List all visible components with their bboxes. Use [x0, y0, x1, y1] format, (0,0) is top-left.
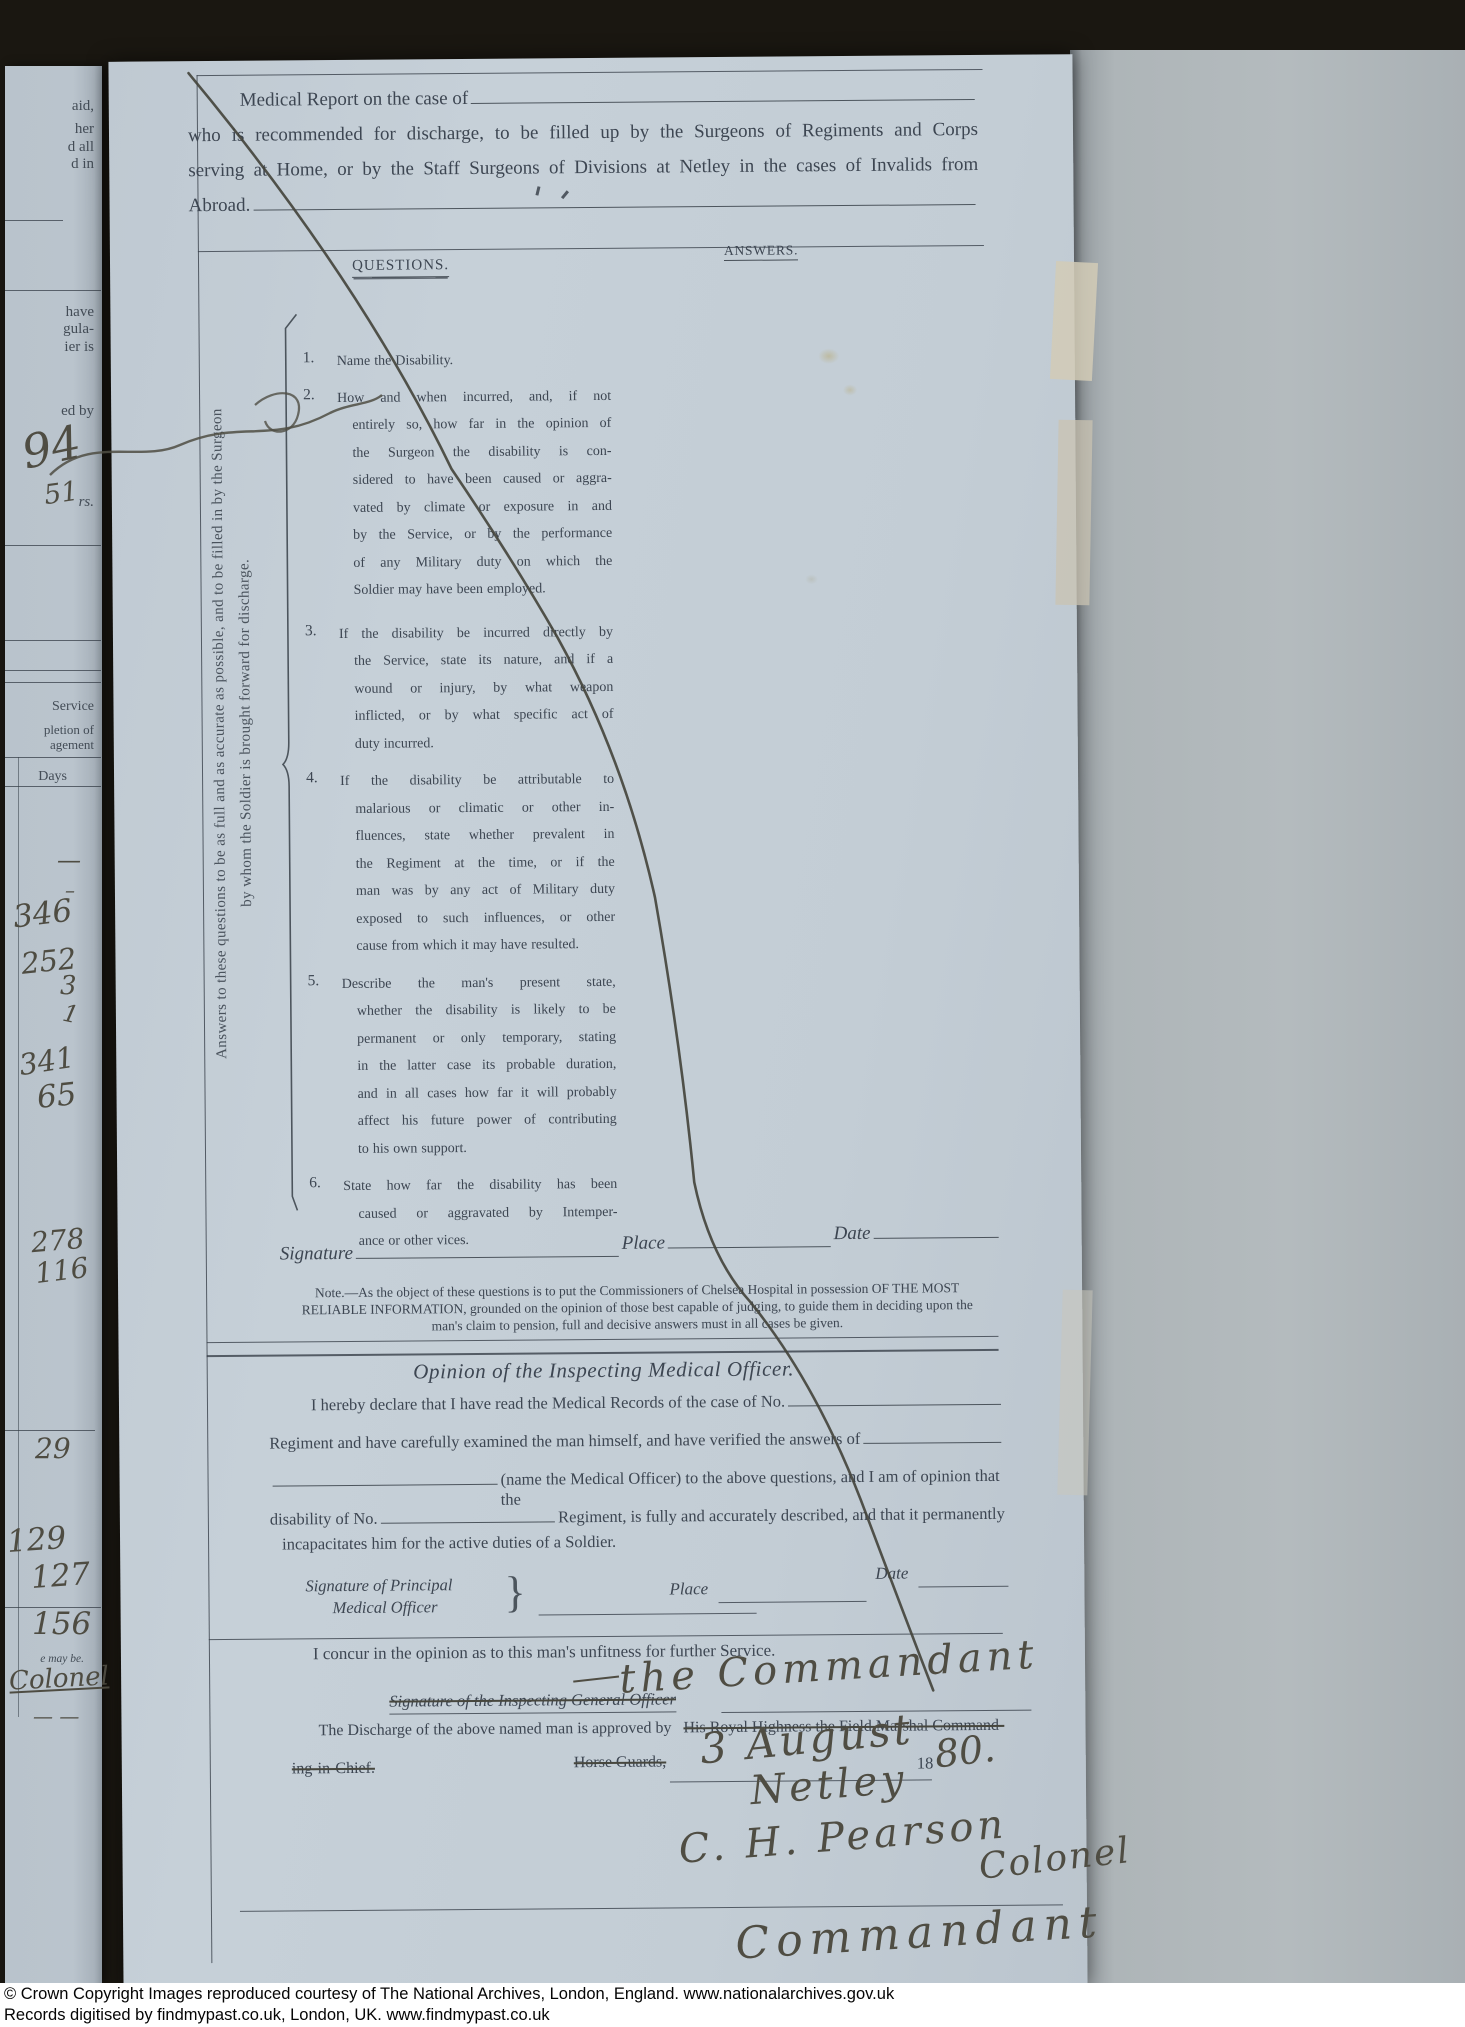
handwritten-value: 156 [32, 1606, 91, 1642]
case-number-blank [788, 1387, 1001, 1407]
place-blank [668, 1226, 831, 1248]
opinion-line: disability of No. Regiment, is fully and… [270, 1501, 1005, 1530]
left-page-rule [5, 290, 101, 291]
left-page-fragment: have [66, 304, 94, 321]
date-label: Date [834, 1223, 871, 1245]
question-number: 4. [306, 768, 342, 961]
question-number: 2. [303, 385, 339, 605]
left-page-rule [5, 220, 63, 221]
page-top-rule [197, 69, 983, 76]
handwritten-value: — — [33, 1704, 79, 1728]
opinion-line: I hereby declare that I have read the Me… [311, 1387, 1004, 1416]
handwritten-value: — [57, 846, 81, 874]
question-text: If the disability be attributable tomala… [340, 766, 616, 961]
questions-rule [198, 245, 984, 252]
principal-signature-blank [539, 1613, 757, 1616]
horse-guards-struck: Horse Guards, [574, 1753, 667, 1772]
handwritten-value: 127 [30, 1556, 92, 1596]
signature-blank [356, 1236, 619, 1259]
left-page-fragment: gula- [63, 321, 94, 338]
left-page-rule [5, 786, 101, 787]
principal-signature-label: Signature of Principal [305, 1575, 452, 1596]
opinion-line1-text: I hereby declare that I have read the Me… [311, 1392, 785, 1416]
handwritten-pearson-signature: C. H. Pearson [677, 1801, 1009, 1872]
answers-of-blank [863, 1425, 1001, 1444]
opinion-line4b-text: Regiment, is fully and accurately descri… [558, 1504, 1005, 1528]
handwritten-value: Colonel [8, 1661, 109, 1696]
handwritten-value: 29 [35, 1432, 71, 1465]
header-line: serving at Home, or by the Staff Surgeon… [188, 147, 978, 188]
question-text: How and when incurred, and, if notentire… [337, 382, 613, 604]
signature-label: Signature [280, 1243, 353, 1266]
place-blank [719, 1601, 867, 1603]
previous-page-edge: aid, her d all d in have gula- ier is ed… [5, 66, 102, 1985]
left-page-rule [5, 670, 101, 671]
left-page-fragment: pletion of [44, 722, 94, 738]
brace-glyph: } [504, 1567, 526, 1618]
copyright-line: © Crown Copyright Images reproduced cour… [4, 1984, 1465, 2005]
question-text: If the disability be incurred directly b… [339, 618, 614, 758]
tape-mark [1055, 420, 1092, 606]
question-text: Describe the man's present state,whether… [342, 968, 618, 1163]
form-header: Medical Report on the case of who is rec… [188, 77, 979, 223]
handwritten-value: 1 [60, 999, 81, 1030]
handwritten-value: 3 [60, 971, 77, 1001]
principal-signature-label: Medical Officer [333, 1597, 438, 1618]
left-page-rule [5, 682, 101, 683]
questions-column-header: QUESTIONS. [352, 257, 449, 278]
question-item: 3. If the disability be incurred directl… [305, 618, 618, 758]
questions-bracket [278, 312, 305, 1212]
header-line: Abroad. [188, 182, 978, 223]
header-line1-text: Medical Report on the case of [240, 81, 469, 118]
name-blank-line [471, 79, 975, 104]
question-text: Name the Disability. [337, 346, 611, 376]
answers-column-header: ANSWERS. [724, 242, 798, 261]
date-blank [873, 1217, 998, 1239]
opinion-line4a-text: disability of No. [270, 1509, 378, 1530]
scanned-document-view: aid, her d all d in have gula- ier is ed… [0, 0, 1465, 2027]
opinion-line2-text: Regiment and have carefully examined the… [269, 1429, 860, 1454]
copyright-line: Records digitised by findmypast.co.uk, L… [4, 2005, 1465, 2026]
handwritten-value: 346 [11, 893, 74, 936]
handwritten-value: 116 [33, 1251, 90, 1290]
tape-mark [1057, 1290, 1092, 1496]
handwritten-value: 129 [6, 1520, 68, 1560]
date-label: Date [875, 1564, 908, 1584]
discharge-struck-text: ing-in-Chief. [292, 1760, 375, 1779]
tape-mark [1050, 261, 1098, 381]
left-page-fragment: Days [38, 769, 67, 785]
note-paragraph: Note.—As the object of these questions i… [263, 1279, 1011, 1336]
question-item: 4. If the disability be attributable tom… [306, 766, 620, 961]
left-page-fragment: d all [68, 139, 94, 156]
copyright-banner: © Crown Copyright Images reproduced cour… [0, 1983, 1465, 2027]
discharge-text: The Discharge of the above named man is … [318, 1719, 671, 1739]
signature-row: Signature Place Date [280, 1233, 1002, 1266]
opinion-line: Regiment and have carefully examined the… [269, 1425, 1004, 1454]
left-page-fragment: rs. [79, 494, 94, 511]
place-label: Place [669, 1579, 708, 1599]
handwritten-year: 80. [932, 1726, 997, 1777]
side-note-rotated: by whom the Soldier is brought forward f… [234, 286, 258, 1181]
side-note-rotated: Answers to these questions to be as full… [208, 266, 232, 1201]
handwritten-scribble: 51 [42, 476, 80, 511]
question-number: 1. [303, 348, 337, 376]
medical-report-page: Medical Report on the case of who is rec… [108, 54, 1087, 1994]
question-number: 3. [305, 621, 340, 759]
left-page-rule [5, 545, 101, 546]
question-item: 2. How and when incurred, and, if notent… [303, 382, 617, 604]
question-item: 1. Name the Disability. [303, 346, 615, 376]
handwritten-value: 65 [35, 1076, 78, 1116]
section-divider [209, 1633, 1003, 1641]
question-item: 5. Describe the man's present state,whet… [308, 968, 622, 1163]
scan-background-right [1070, 50, 1465, 1983]
printed-year: 18 [917, 1753, 934, 1773]
section-divider [206, 1336, 998, 1344]
header-line4-text: Abroad. [188, 188, 250, 223]
pen-dash [573, 1675, 619, 1683]
left-page-fragment: agement [50, 737, 94, 753]
left-page-fragment: her [75, 121, 94, 138]
left-page-fragment: ier is [64, 339, 94, 356]
date-blank [918, 1586, 1008, 1588]
left-page-fragment: Service [52, 699, 94, 715]
left-page-fragment: aid, [72, 98, 94, 115]
place-label: Place [622, 1232, 665, 1254]
regiment-number-blank [380, 1504, 555, 1524]
medical-officer-blank [272, 1467, 497, 1487]
left-page-rule [5, 640, 101, 641]
questions-list: 1. Name the Disability. 2. How and when … [303, 346, 622, 1265]
blank-line [253, 184, 975, 211]
left-page-fragment: d in [71, 156, 94, 173]
opinion-section-heading: Opinion of the Inspecting Medical Office… [207, 1355, 1001, 1386]
opinion-line: incapacitates him for the active duties … [282, 1532, 616, 1555]
question-number: 5. [308, 971, 344, 1164]
left-page-rule [5, 757, 101, 758]
